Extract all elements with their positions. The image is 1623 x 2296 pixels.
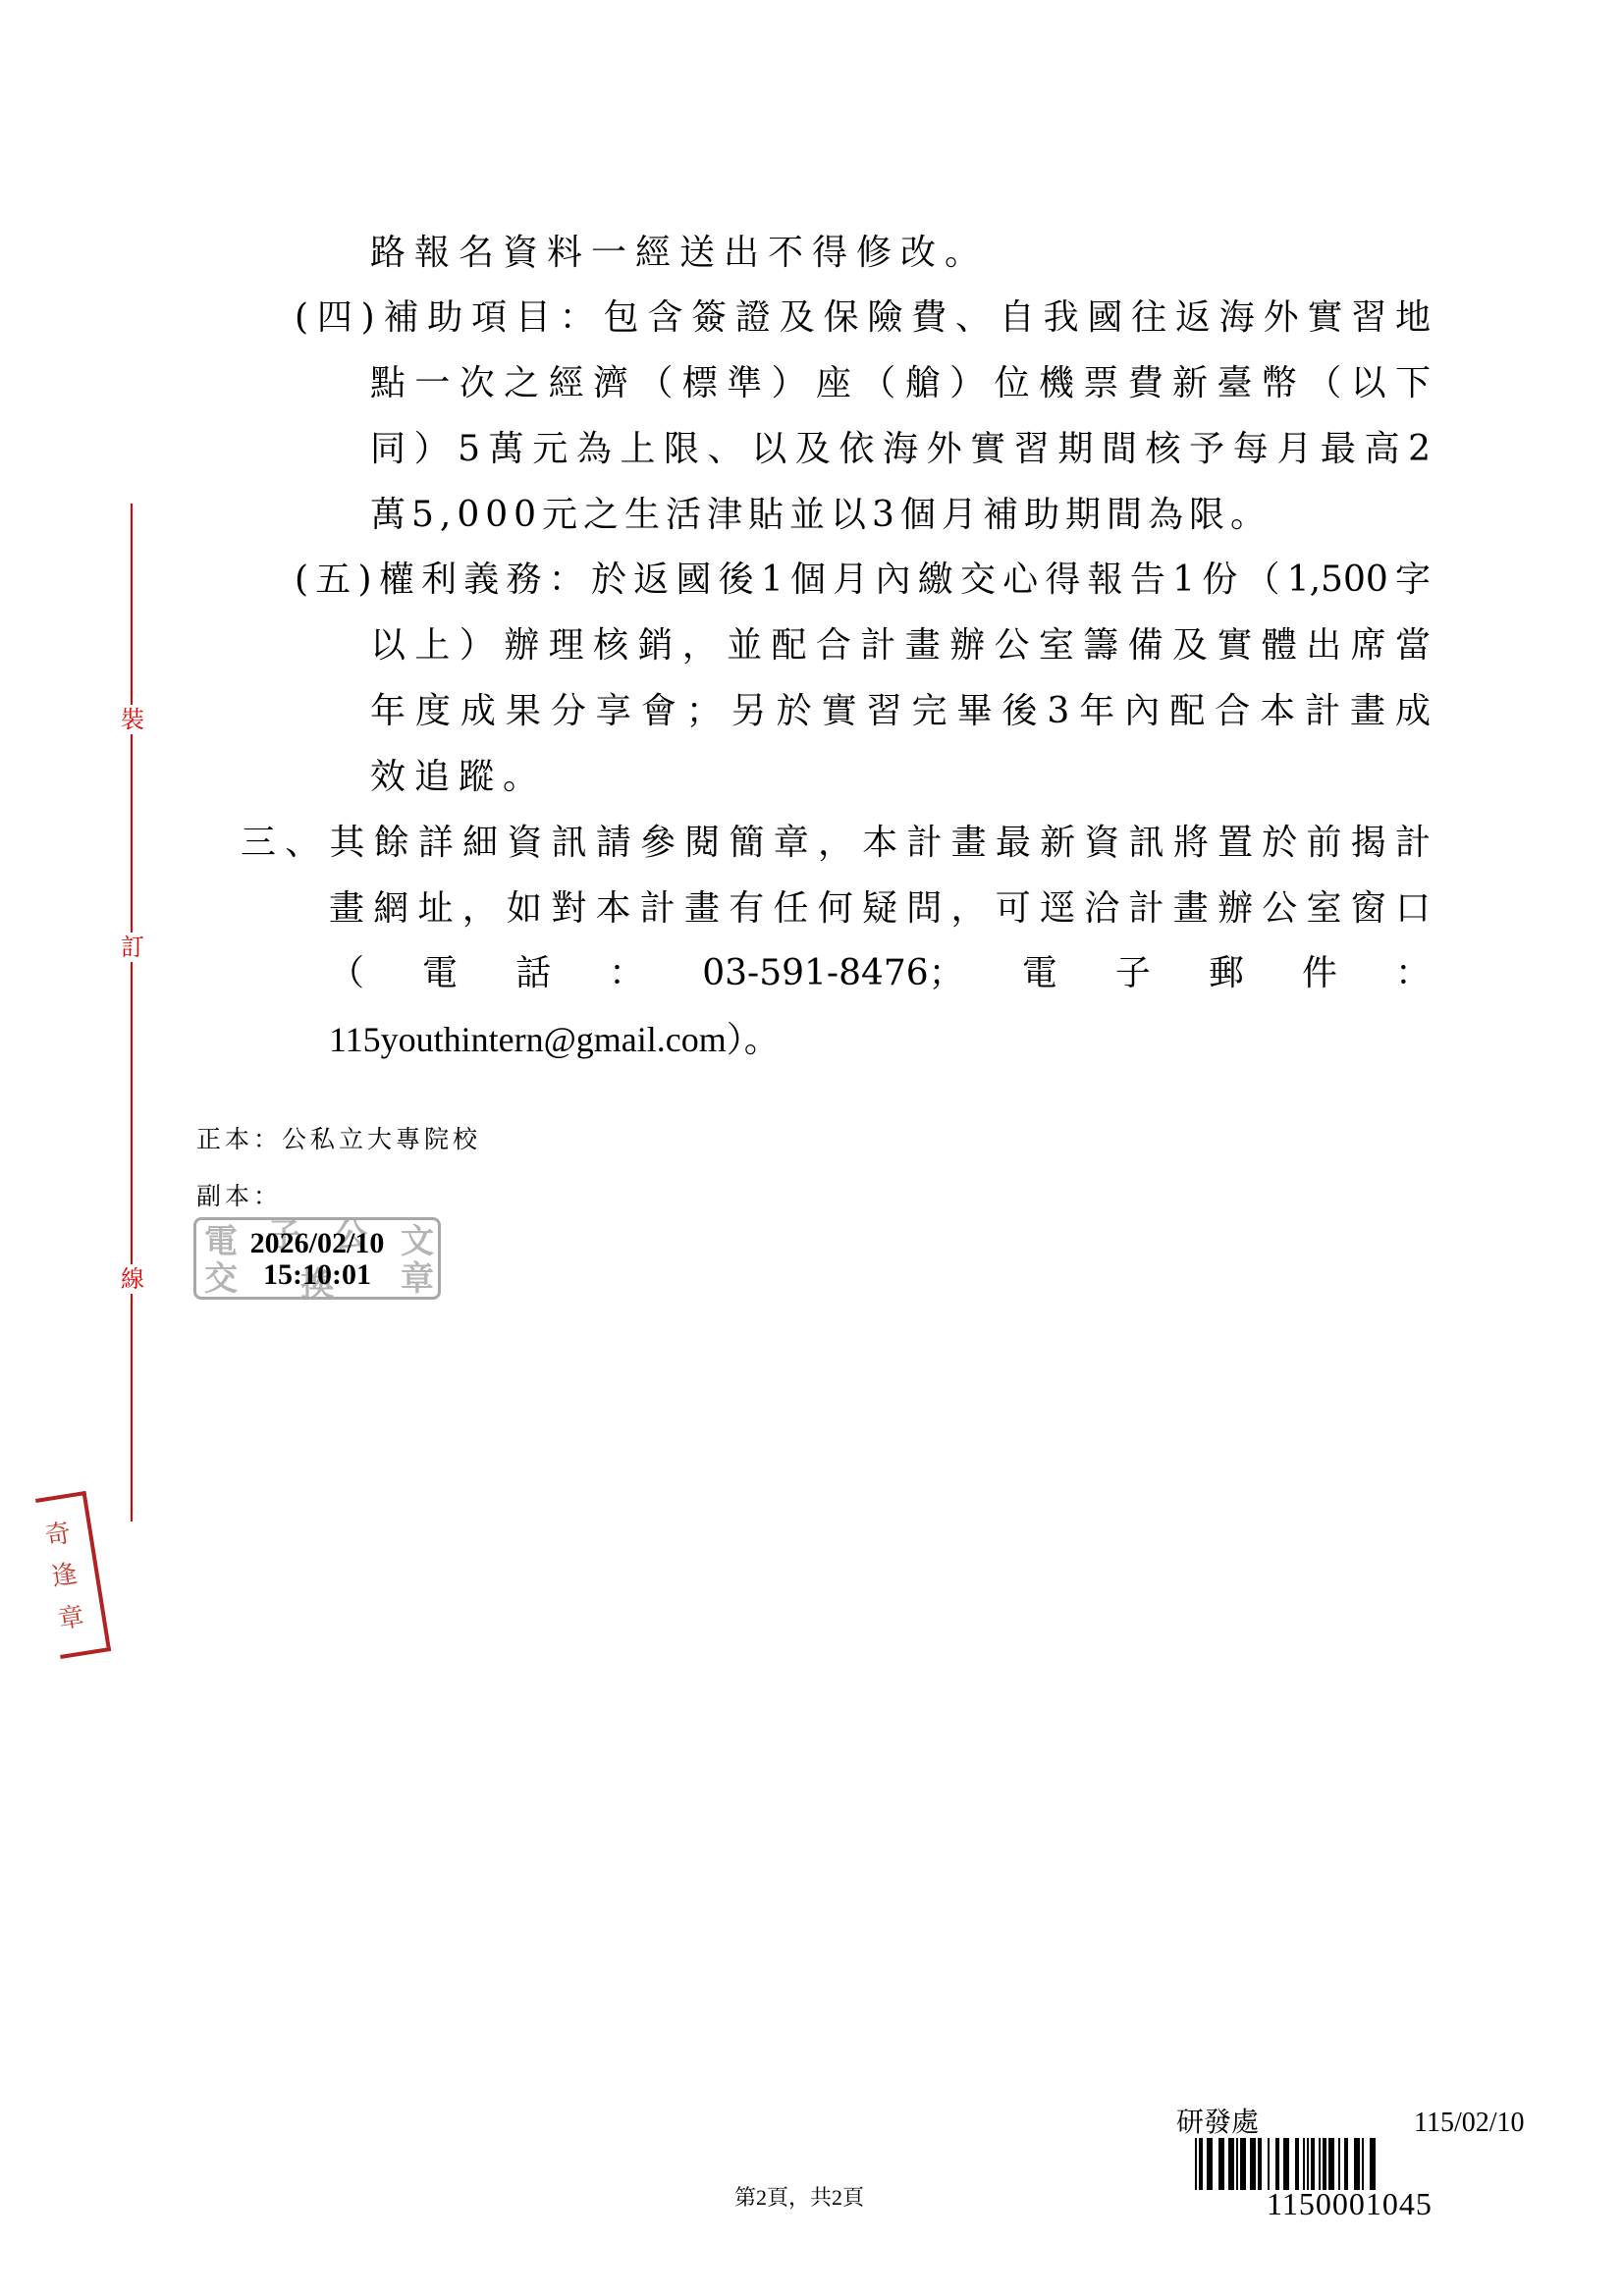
binding-char-ding: 訂 [119, 933, 146, 962]
body-line-email: 115youthintern@gmail.com）。 [329, 1018, 1016, 1061]
binding-char-xian: 線 [119, 1264, 146, 1294]
barcode-image [1195, 2138, 1513, 2190]
seal-char: 奇 [43, 1520, 73, 1551]
body-line-5: 萬5,000元之生活津貼並以3個月補助期間為限。 [370, 494, 1254, 537]
barcode-gap [1376, 2138, 1381, 2190]
body-line-3: 點一次之經濟（標準）座（艙）位機票費新臺幣（以下 [370, 362, 1431, 405]
body-line-11: 畫網址，如對本計畫有任何疑問，可逕洽計畫辦公室窗口 [329, 887, 1431, 931]
exchange-stamp: 電 子 公 文 交 換 章 2026/02/10 15:10:01 [193, 1217, 441, 1300]
stamp-time: 15:10:01 [196, 1259, 438, 1291]
barcode-department: 研發處 [1176, 2108, 1259, 2139]
barcode-date: 115/02/10 [1414, 2108, 1525, 2139]
body-line-7: 以上）辦理核銷，並配合計畫辦公室籌備及實體出席當 [370, 624, 1431, 667]
barcode-number: 1150001045 [1267, 2187, 1433, 2220]
body-line-9: 效追蹤。 [370, 756, 567, 799]
body-line-section-3: 三、其餘詳細資訊請參閱簡章，本計畫最新資訊將置於前揭計 [241, 822, 1431, 865]
binding-line [131, 504, 133, 1522]
body-line-8: 年度成果分享會；另於實習完畢後3年內配合本計畫成 [370, 690, 1431, 733]
seal-char: 逢 [50, 1560, 80, 1591]
original-recipient: 正本：公私立大專院校 [196, 1124, 481, 1155]
body-line-4: 同）5萬元為上限、以及依海外實習期間核予每月最高2 [370, 428, 1431, 471]
page-number: 第2頁，共2頁 [734, 2181, 864, 2212]
body-line-contact: （電話：03-591-8476；電子郵件： [329, 952, 1431, 995]
binding-char-zhuang: 裝 [119, 705, 146, 734]
body-line-item-5: (五)權利義務：於返國後1個月內繳交心得報告1份（1,500字 [295, 559, 1431, 602]
seam-seal: 奇 逢 章 [35, 1491, 111, 1659]
seal-char: 章 [56, 1603, 85, 1634]
body-line-1: 路報名資料一經送出不得修改。 [370, 232, 979, 275]
copy-recipient: 副本： [196, 1181, 282, 1212]
body-line-item-4: (四)補助項目：包含簽證及保險費、自我國往返海外實習地 [295, 296, 1431, 340]
stamp-date: 2026/02/10 [196, 1228, 438, 1259]
